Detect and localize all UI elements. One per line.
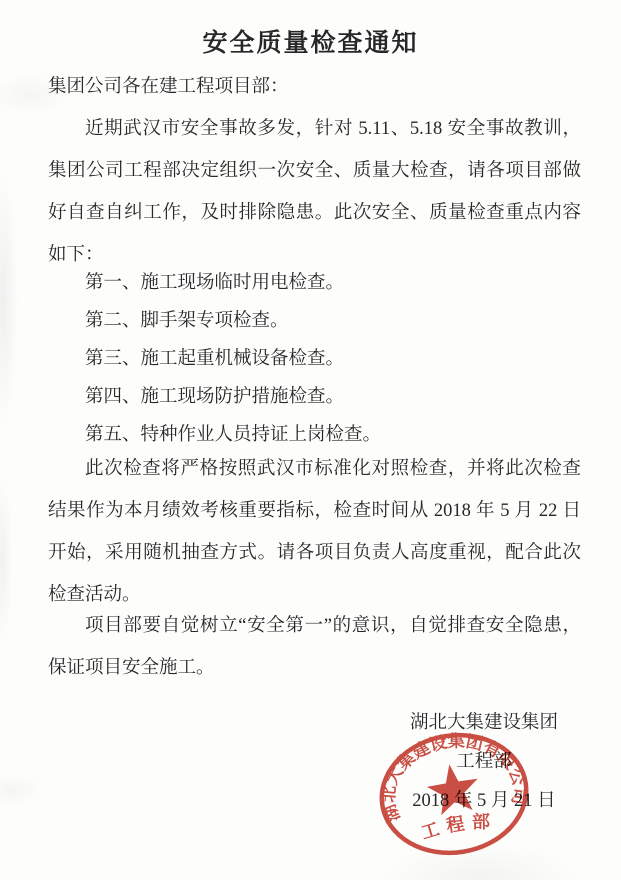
- inspection-items-list: 第一、施工现场临时用电检查。 第二、脚手架专项检查。 第三、施工起重机械设备检查…: [48, 264, 581, 454]
- paragraph-intro: 近期武汉市安全事故多发，针对 5.11、5.18 安全事故教训，集团公司工程部决…: [48, 108, 581, 276]
- signature-block: 湖北大集建设集团 工程部 2018 年 5 月 21 日: [399, 710, 569, 827]
- list-item: 第二、脚手架专项检查。: [48, 302, 581, 340]
- paragraph-closing: 项目部要自觉树立“安全第一”的意识，自觉排查安全隐患，保证项目安全施工。: [48, 605, 581, 689]
- notice-body: 集团公司各在建工程项目部： 近期武汉市安全事故多发，针对 5.11、5.18 安…: [48, 66, 581, 689]
- salutation: 集团公司各在建工程项目部：: [48, 66, 581, 108]
- signature-date: 2018 年 5 月 21 日: [399, 788, 569, 814]
- list-item: 第四、施工现场防护措施检查。: [48, 378, 581, 416]
- signature-department: 工程部: [399, 749, 569, 775]
- list-item: 第三、施工起重机械设备检查。: [48, 340, 581, 378]
- paragraph-detail: 此次检查将严格按照武汉市标准化对照检查，并将此次检查结果作为本月绩效考核重要指标…: [48, 448, 581, 616]
- signature-company: 湖北大集建设集团: [399, 710, 569, 736]
- list-item: 第一、施工现场临时用电检查。: [48, 264, 581, 302]
- document-page: 安全质量检查通知 集团公司各在建工程项目部： 近期武汉市安全事故多发，针对 5.…: [0, 0, 621, 880]
- document-title: 安全质量检查通知: [0, 26, 621, 62]
